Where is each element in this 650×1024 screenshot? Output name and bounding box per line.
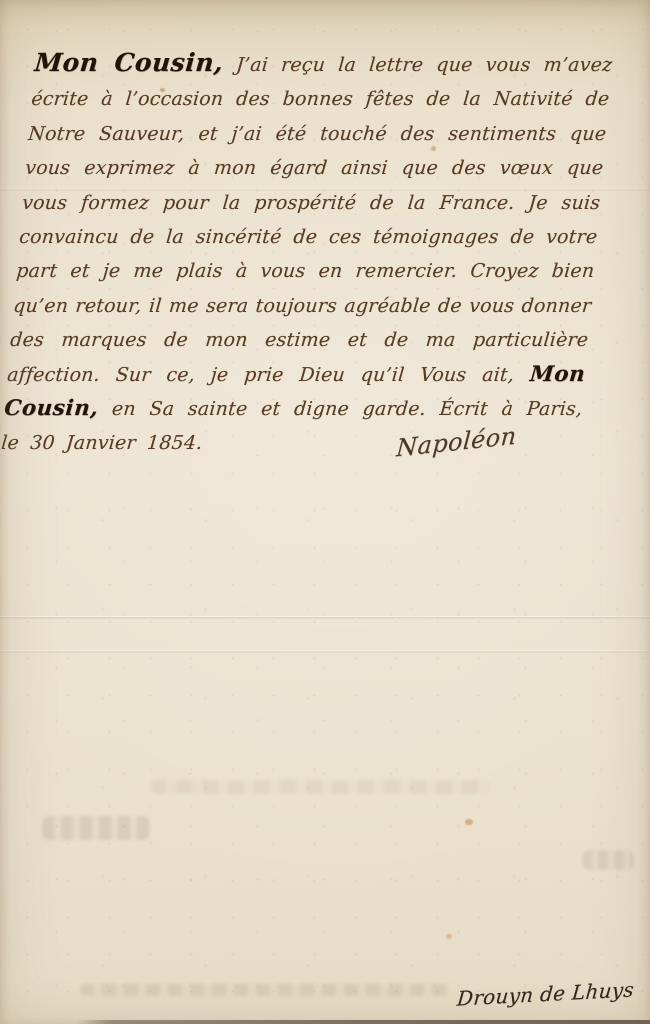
ink-bleed-through [42, 816, 150, 840]
letter-line-text: vous formez pour la prospérité de la Fra… [21, 192, 601, 214]
fold-crease-middle-lower [0, 650, 650, 653]
age-spot [446, 934, 452, 939]
scan-edge-shadow [76, 1020, 650, 1024]
letter-line: Notre Sauveur, et j’ai été touché des se… [27, 117, 608, 151]
letter-line: écrite à l’occasion des bonnes fêtes de … [30, 82, 611, 116]
letter-line: Cousin, en Sa sainte et digne garde. Écr… [3, 392, 584, 426]
letter-line: vous exprimez à mon égard ainsi que des … [24, 151, 605, 185]
letter-line-text: le 30 Janvier 1854. [0, 432, 203, 454]
salutation-bold: Mon Cousin, [33, 48, 224, 77]
letter-line-text: J’ai reçu la lettre que vous m’avez [222, 54, 613, 76]
letter-line-text: en Sa sainte et digne garde. Écrit à Par… [97, 398, 583, 420]
letter-line-text: vous exprimez à mon égard ainsi que des … [24, 157, 604, 179]
letter-line: convaincu de la sincérité de ces témoign… [18, 220, 599, 254]
letter-line: des marques de mon estime et de ma parti… [9, 323, 590, 357]
letter-line: Mon Cousin, J’ai reçu la lettre que vous… [33, 46, 614, 82]
letter-line: affection. Sur ce, je prie Dieu qu’il Vo… [6, 358, 587, 392]
letter-body: Mon Cousin, J’ai reçu la lettre que vous… [0, 46, 614, 461]
letter-line-text: part et je me plais à vous en remercier.… [15, 260, 595, 282]
letter-line: qu’en retour, il me sera toujours agréab… [12, 289, 593, 323]
ink-bleed-through [150, 780, 490, 794]
letter-line: part et je me plais à vous en remercier.… [15, 254, 596, 288]
letter-line-text: qu’en retour, il me sera toujours agréab… [12, 295, 592, 317]
letter-line-text: écrite à l’occasion des bonnes fêtes de … [30, 88, 610, 110]
ink-bleed-through [582, 850, 634, 870]
letter-line: vous formez pour la prospérité de la Fra… [21, 186, 602, 220]
letter-scan-page: Mon Cousin, J’ai reçu la lettre que vous… [0, 0, 650, 1024]
letter-line-text: affection. Sur ce, je prie Dieu qu’il Vo… [6, 364, 531, 386]
letter-line-text: des marques de mon estime et de ma parti… [9, 329, 589, 351]
age-spot [465, 819, 473, 825]
letter-line-bold-end: Mon [529, 362, 586, 387]
fold-crease-middle [0, 616, 650, 619]
ink-bleed-through [80, 984, 450, 996]
letter-line-bold-start: Cousin, [3, 396, 99, 421]
letter-line-text: Notre Sauveur, et j’ai été touché des se… [27, 123, 607, 145]
letter-line-text: convaincu de la sincérité de ces témoign… [18, 226, 598, 248]
drouyn-countersignature: Drouyn de Lhuys [456, 977, 635, 1010]
